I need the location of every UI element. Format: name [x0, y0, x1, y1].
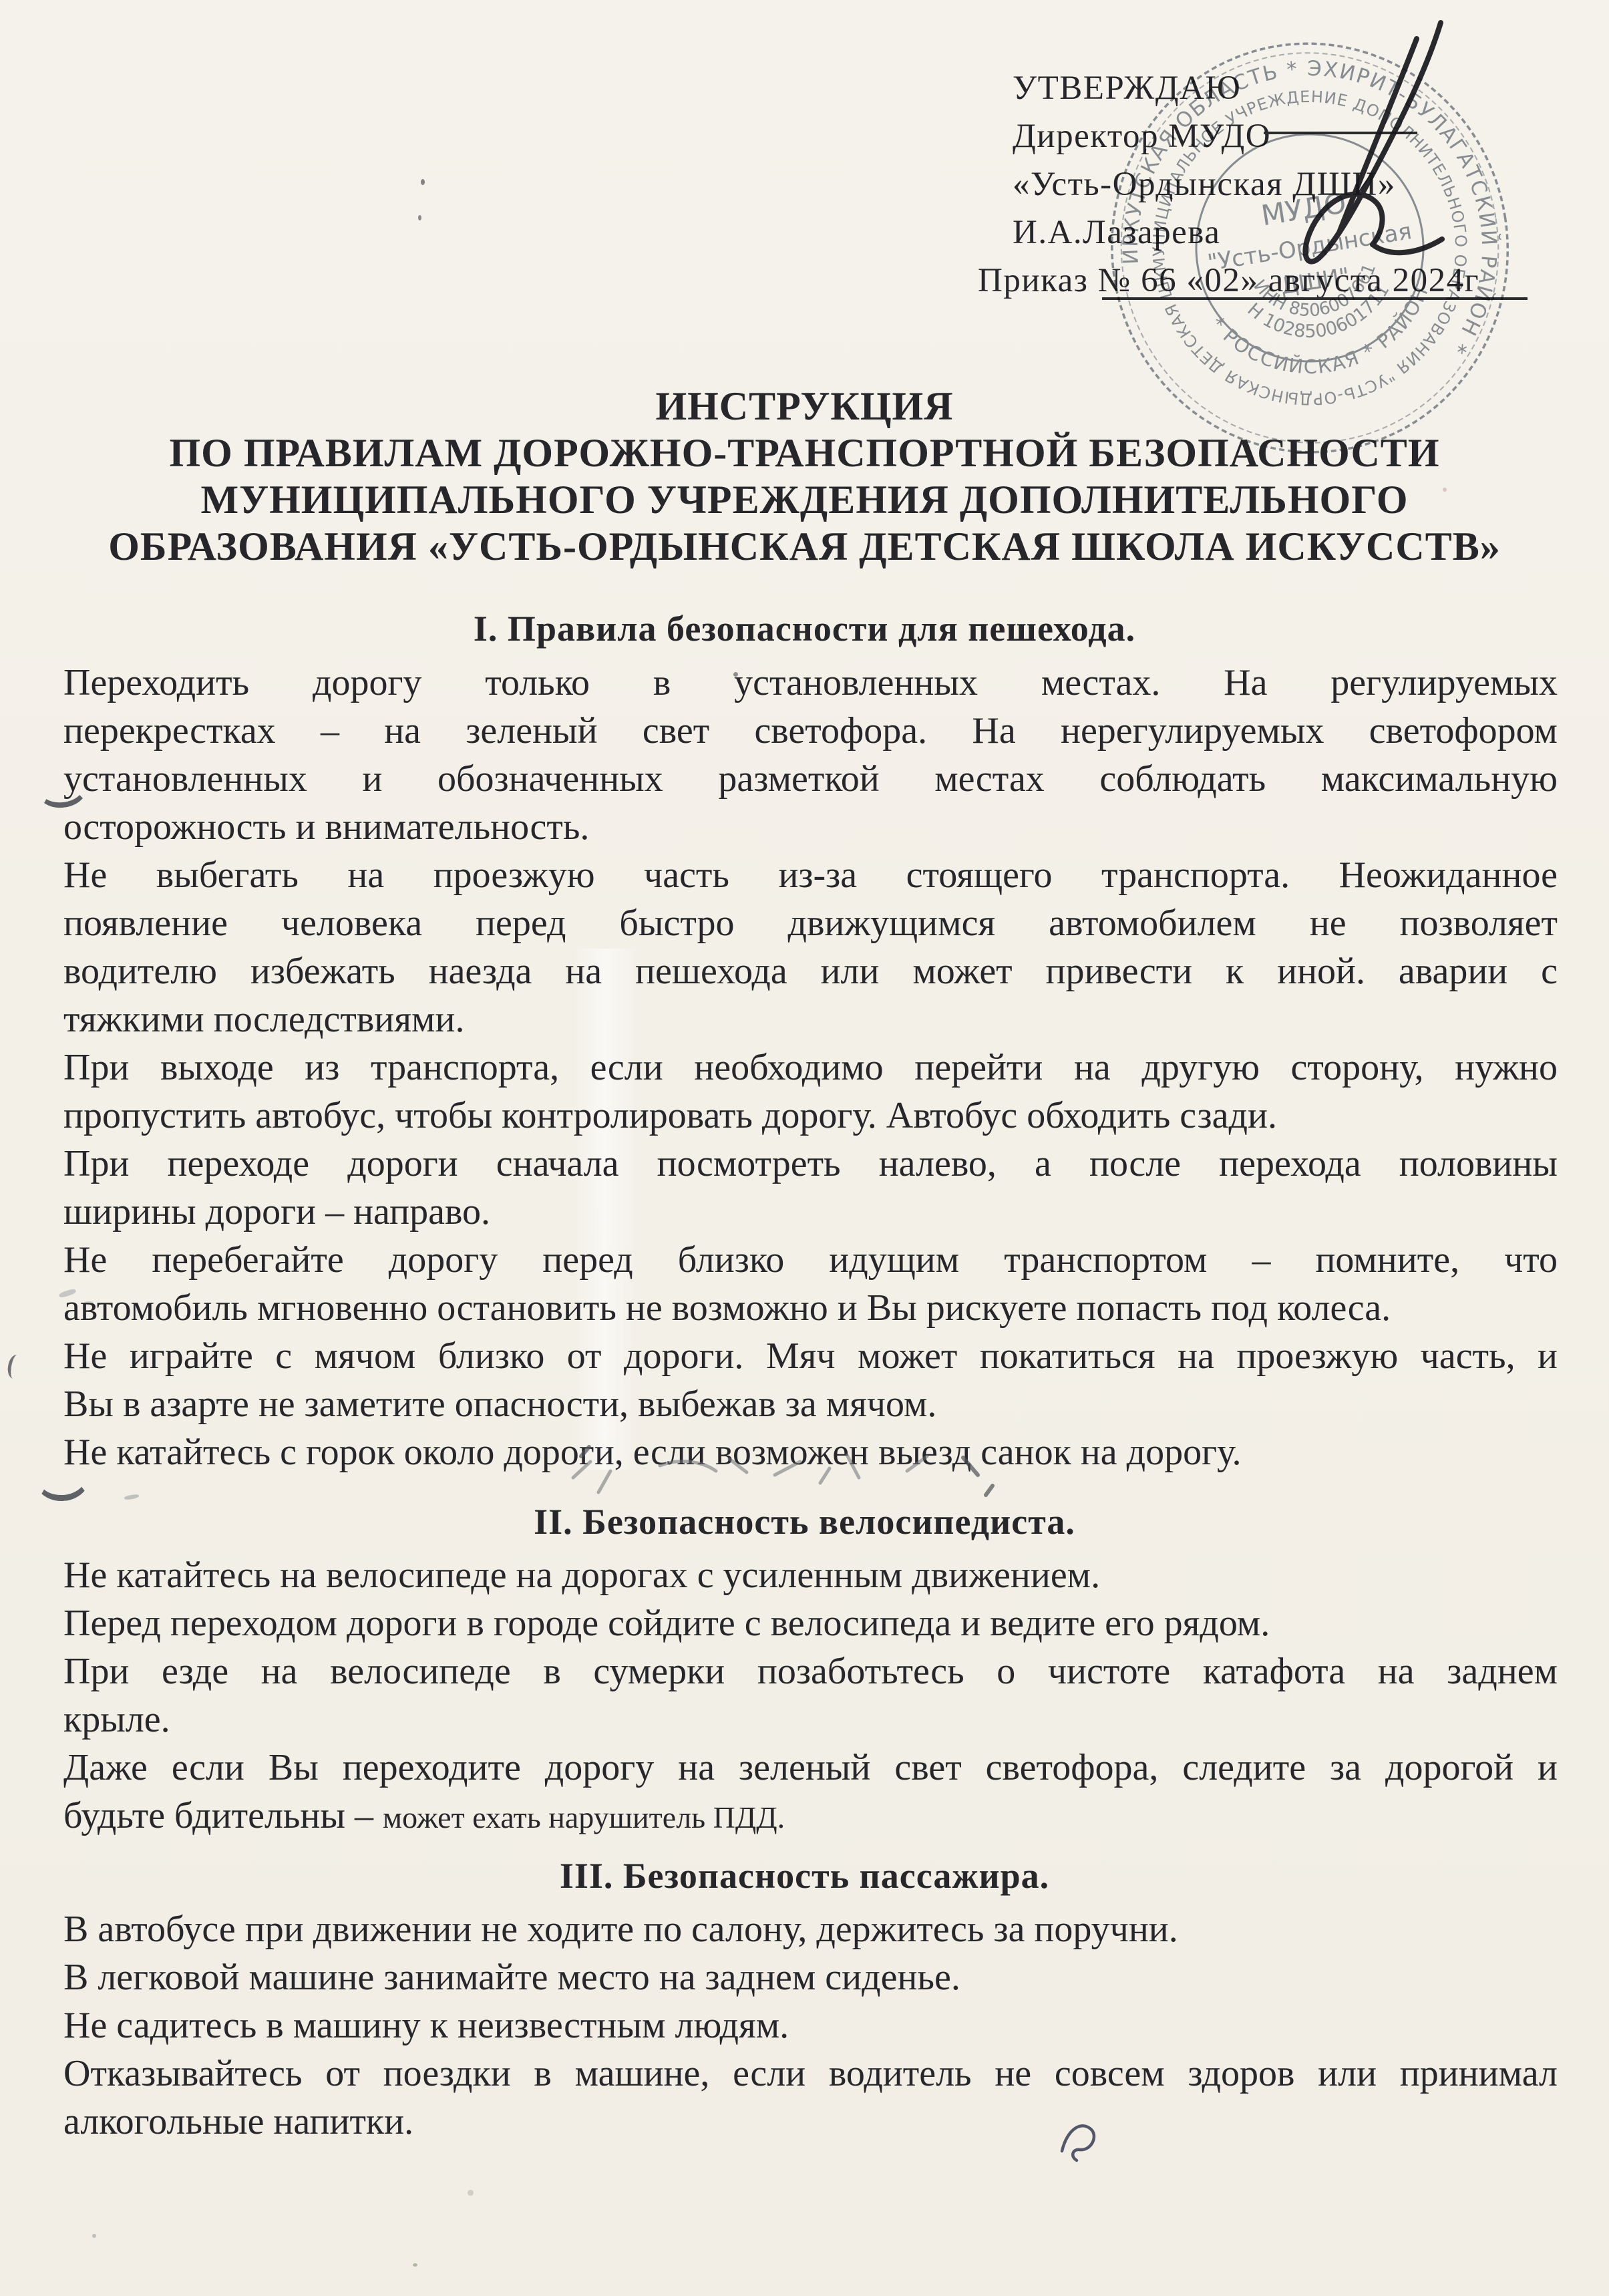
text-line: В автобусе при движении не ходите по сал…: [63, 1905, 1558, 1953]
section-2-heading: II. Безопасность велосипедиста.: [0, 1498, 1609, 1546]
text-line: Вы в азарте не заметите опасности, выбеж…: [63, 1380, 1558, 1428]
text-line: будьте бдительны – может ехать нарушител…: [63, 1792, 1558, 1842]
text-line: При езде на велосипеде в сумерки позабот…: [63, 1647, 1558, 1695]
text-line: появление человека перед быстро движущим…: [63, 899, 1558, 947]
text-line: ширины дороги – направо.: [63, 1188, 1558, 1236]
ink-speck: [421, 179, 425, 185]
text-segment-small: может ехать нарушитель ПДД.: [383, 1800, 785, 1834]
ink-squiggle-mark: [1057, 2116, 1103, 2170]
dust-speck: [92, 2234, 96, 2238]
section-1-body: Переходить дорогу только в установленных…: [63, 659, 1558, 1476]
text-line: установленных и обозначенных разметкой м…: [63, 755, 1558, 803]
text-line: автомобиль мгновенно остановить не возмо…: [63, 1284, 1558, 1332]
section-3-heading: III. Безопасность пассажира.: [0, 1852, 1609, 1900]
order-prefix: Приказ: [978, 262, 1098, 299]
text-line: Не катайтесь на велосипеде на дорогах с …: [63, 1551, 1558, 1599]
text-line: Не играйте с мячом близко от дороги. Мяч…: [63, 1332, 1558, 1380]
text-line: В легковой машине занимайте место на зад…: [63, 1953, 1558, 2001]
section-3-body: В автобусе при движении не ходите по сал…: [63, 1905, 1558, 2146]
title-line-4: ОБРАЗОВАНИЯ «УСТЬ-ОРДЫНСКАЯ ДЕТСКАЯ ШКОЛ…: [0, 523, 1609, 570]
title-line-3: МУНИЦИПАЛЬНОГО УЧРЕЖДЕНИЯ ДОПОЛНИТЕЛЬНОГ…: [0, 476, 1609, 523]
text-line: Не выбегать на проезжую часть из-за стоя…: [63, 851, 1558, 899]
ink-speck: [418, 215, 421, 220]
text-segment: будьте бдительны –: [63, 1795, 383, 1836]
text-line: водителю избежать наезда на пешехода или…: [63, 947, 1558, 995]
section-2-body: Не катайтесь на велосипеде на дорогах с …: [63, 1551, 1558, 1842]
text-line: крыле.: [63, 1695, 1558, 1744]
text-line: Не садитесь в машину к неизвестным людям…: [63, 2001, 1558, 2049]
text-line: При переходе дороги сначала посмотреть н…: [63, 1140, 1558, 1188]
text-line: осторожность и внимательность.: [63, 803, 1558, 851]
text-line: Отказывайтесь от поездки в машине, если …: [63, 2049, 1558, 2098]
section-1-heading: I. Правила безопасности для пешехода.: [0, 605, 1609, 653]
scanned-document-page: УТВЕРЖДАЮ Директор МУДО «Усть-Ордынская …: [0, 0, 1609, 2296]
text-line: Перед переходом дороги в городе сойдите …: [63, 1599, 1558, 1647]
text-line: перекрестках – на зеленый свет светофора…: [63, 707, 1558, 755]
text-line: Переходить дорогу только в установленных…: [63, 659, 1558, 707]
document-title: ИНСТРУКЦИЯ ПО ПРАВИЛАМ ДОРОЖНО-ТРАНСПОРТ…: [0, 383, 1609, 570]
pen-stroke-mark: [6, 1353, 24, 1379]
signature-ink: [1226, 9, 1474, 306]
dust-speck: [413, 2263, 417, 2267]
dust-speck: [468, 2190, 474, 2196]
title-line-2: ПО ПРАВИЛАМ ДОРОЖНО-ТРАНСПОРТНОЙ БЕЗОПАС…: [0, 430, 1609, 476]
text-line: тяжкими последствиями.: [63, 995, 1558, 1043]
text-line: Не перебегайте дорогу перед близко идущи…: [63, 1236, 1558, 1284]
title-line-1: ИНСТРУКЦИЯ: [0, 383, 1609, 430]
text-line: При выходе из транспорта, если необходим…: [63, 1043, 1558, 1092]
text-line: алкогольные напитки.: [63, 2098, 1558, 2146]
text-line: Даже если Вы переходите дорогу на зелены…: [63, 1744, 1558, 1792]
text-line: пропустить автобус, чтобы контролировать…: [63, 1092, 1558, 1140]
